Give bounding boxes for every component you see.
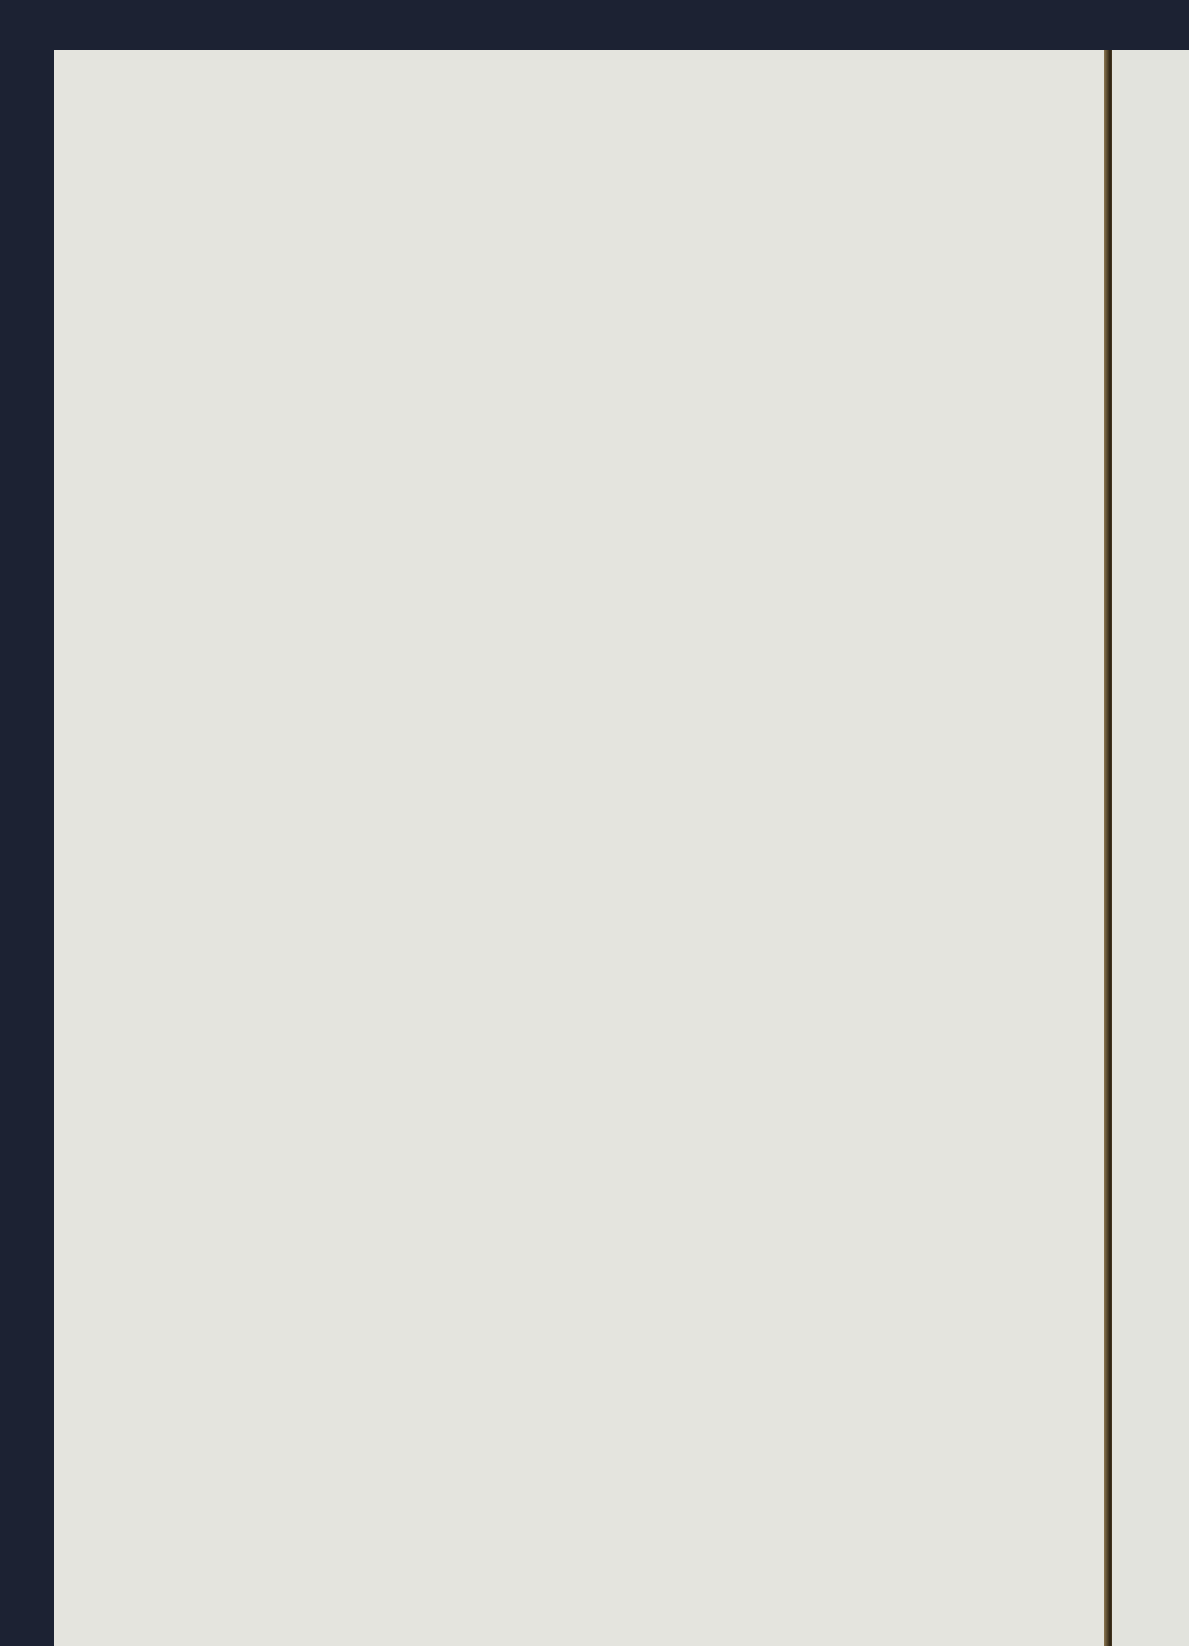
page-left [54, 50, 1114, 1646]
page-right-facing [1112, 50, 1189, 1646]
